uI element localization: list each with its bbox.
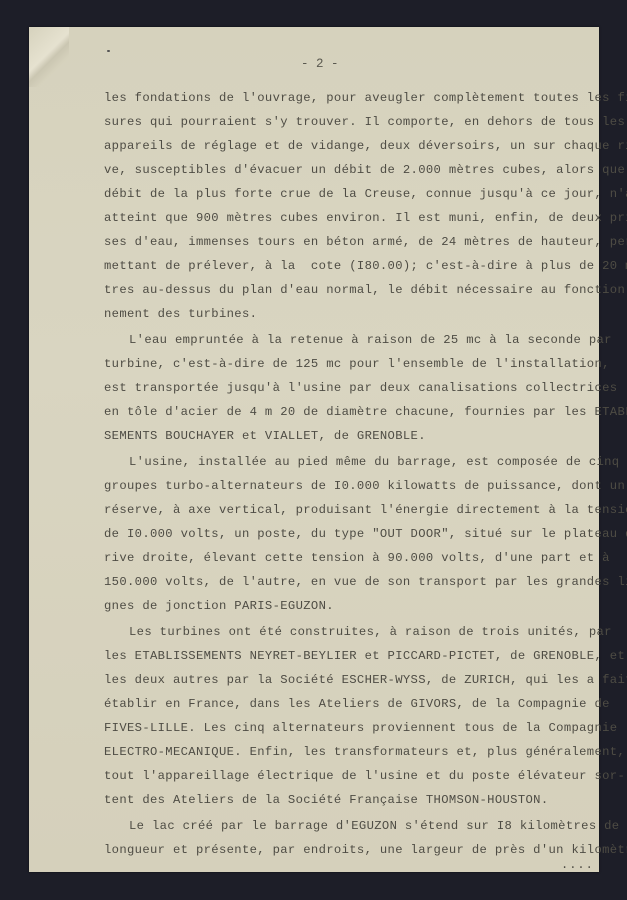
text-line: les fondations de l'ouvrage, pour aveugl… [104,91,627,105]
text-line: ses d'eau, immenses tours en béton armé,… [104,235,627,249]
folded-corner [29,27,69,87]
text-line: longueur et présente, par endroits, une … [104,843,627,857]
text-line: nement des turbines. [104,307,257,321]
text-line: les deux autres par la Société ESCHER-WY… [104,673,627,687]
continuation-mark: .... [561,858,594,872]
text-line: réserve, à axe vertical, produisant l'én… [104,503,627,517]
text-line: établir en France, dans les Ateliers de … [104,697,610,711]
text-line: 150.000 volts, de l'autre, en vue de son… [104,575,627,589]
text-line: mettant de prélever, à la cote (I80.00);… [104,259,627,273]
text-line: tent des Ateliers de la Société Français… [104,793,549,807]
text-line: les ETABLISSEMENTS NEYRET-BEYLIER et PIC… [104,649,625,663]
text-line: tres au-dessus du plan d'eau normal, le … [104,283,627,297]
text-line: sures qui pourraient s'y trouver. Il com… [104,115,625,129]
text-line: ELECTRO-MECANIQUE. Enfin, les transforma… [104,745,625,759]
text-line: de I0.000 volts, un poste, du type "OUT … [104,527,627,541]
text-line: en tôle d'acier de 4 m 20 de diamètre ch… [104,405,627,419]
text-line: est transportée jusqu'à l'usine par deux… [104,381,617,395]
text-line: SEMENTS BOUCHAYER et VIALLET, de GRENOBL… [104,429,426,443]
text-line: gnes de jonction PARIS-EGUZON. [104,599,334,613]
text-line: Les turbines ont été construites, à rais… [129,625,612,639]
text-line: rive droite, élevant cette tension à 90.… [104,551,610,565]
ink-speck [107,50,110,52]
text-line: groupes turbo-alternateurs de I0.000 kil… [104,479,627,493]
text-line: débit de la plus forte crue de la Creuse… [104,187,627,201]
text-line: appareils de réglage et de vidange, deux… [104,139,627,153]
page-number: - 2 - [301,57,339,71]
text-line: tout l'appareillage électrique de l'usin… [104,769,625,783]
text-line: L'eau empruntée à la retenue à raison de… [129,333,612,347]
text-line: L'usine, installée au pied même du barra… [129,455,619,469]
text-line: turbine, c'est-à-dire de 125 mc pour l'e… [104,357,610,371]
text-line: ve, susceptibles d'évacuer un débit de 2… [104,163,627,177]
text-line: atteint que 900 mètres cubes environ. Il… [104,211,627,225]
text-line: Le lac créé par le barrage d'EGUZON s'ét… [129,819,619,833]
document-page: - 2 - les fondations de l'ouvrage, pour … [29,27,599,872]
text-line: FIVES-LILLE. Les cinq alternateurs provi… [104,721,617,735]
